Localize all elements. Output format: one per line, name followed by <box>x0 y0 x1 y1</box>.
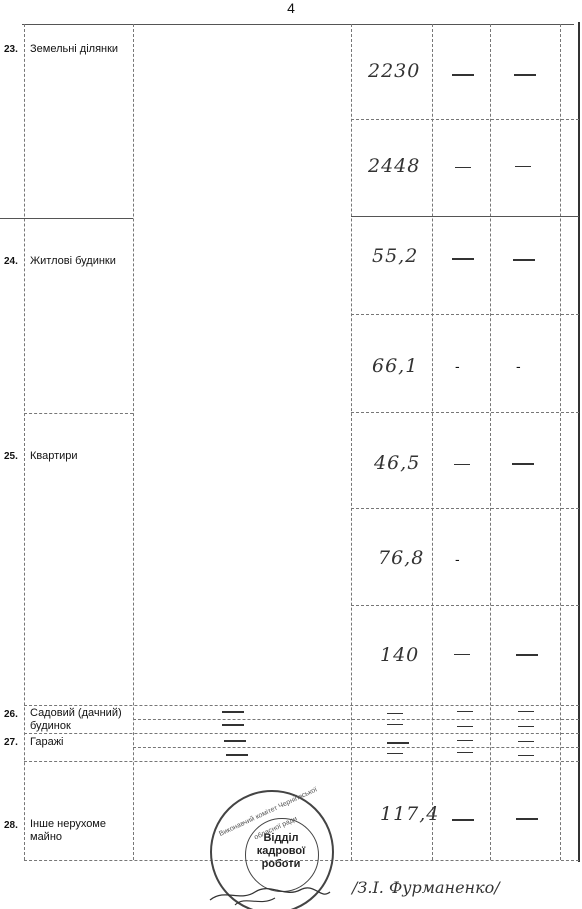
row-label: Садовий (дачний) будинок <box>30 707 130 733</box>
row-separator <box>24 733 579 734</box>
grid-line <box>351 24 352 860</box>
empty-mark <box>457 752 473 753</box>
row-label: Гаражі <box>30 736 130 749</box>
empty-mark <box>514 74 536 76</box>
empty-mark: - <box>516 358 521 374</box>
area-value: 46,5 <box>374 452 420 474</box>
empty-mark <box>387 724 403 725</box>
area-value: 76,8 <box>378 547 424 569</box>
row-separator <box>0 218 133 219</box>
empty-mark <box>387 753 403 754</box>
row-number: 27. <box>4 737 18 748</box>
grid-line <box>351 508 579 509</box>
empty-mark <box>387 742 409 744</box>
empty-mark <box>516 654 538 656</box>
row-separator <box>24 761 579 762</box>
row-label: Квартири <box>30 450 130 463</box>
row-separator <box>351 412 579 413</box>
empty-mark <box>455 167 471 168</box>
row-number: 23. <box>4 44 18 55</box>
area-value: 2230 <box>368 60 420 82</box>
empty-mark <box>454 654 470 655</box>
grid-line <box>351 605 579 606</box>
grid-line <box>432 24 433 860</box>
grid-line <box>560 24 561 860</box>
row-label: Земельні ділянки <box>30 43 130 56</box>
row-number: 24. <box>4 256 18 267</box>
grid-line <box>24 24 25 860</box>
row-label: Житлові будинки <box>30 255 130 268</box>
empty-mark <box>516 818 538 820</box>
empty-mark <box>222 711 244 713</box>
empty-mark <box>452 74 474 76</box>
handwritten-signature-icon <box>205 880 335 909</box>
empty-mark <box>222 724 244 726</box>
empty-mark <box>518 711 534 712</box>
empty-mark: - <box>455 551 460 567</box>
stamp-center-text: Відділ кадрової роботи <box>245 832 317 871</box>
area-value: 2448 <box>368 155 420 177</box>
empty-mark <box>457 740 473 741</box>
row-number: 26. <box>4 709 18 720</box>
empty-mark <box>515 166 531 167</box>
area-value: 66,1 <box>372 355 418 377</box>
empty-mark <box>518 755 534 756</box>
grid-line <box>133 747 579 748</box>
empty-mark <box>454 464 470 465</box>
grid-line <box>490 24 491 860</box>
empty-mark <box>513 259 535 261</box>
row-number: 25. <box>4 451 18 462</box>
empty-mark <box>224 740 246 742</box>
table-top-border <box>22 24 574 25</box>
grid-line <box>351 314 579 315</box>
row-number: 28. <box>4 820 18 831</box>
grid-line <box>351 119 579 120</box>
area-value: 55,2 <box>372 245 418 267</box>
empty-mark <box>518 726 534 727</box>
empty-mark <box>226 754 248 756</box>
grid-line <box>133 24 134 860</box>
empty-mark <box>452 258 474 260</box>
area-value: 117,4 <box>380 803 439 825</box>
empty-mark <box>518 741 534 742</box>
empty-mark <box>452 819 474 821</box>
table-right-border <box>578 22 580 862</box>
grid-line <box>133 719 579 720</box>
row-label: Інше нерухоме майно <box>30 818 120 844</box>
signatory-name: /З.І. Фурманенко/ <box>352 878 500 897</box>
area-value: 140 <box>380 644 419 666</box>
row-separator <box>24 705 579 706</box>
empty-mark <box>512 463 534 465</box>
empty-mark <box>457 726 473 727</box>
row-separator <box>351 216 579 217</box>
empty-mark <box>457 711 473 712</box>
row-separator <box>24 413 133 414</box>
empty-mark: - <box>455 358 460 374</box>
page-number: 4 <box>0 0 582 16</box>
empty-mark <box>387 713 403 714</box>
